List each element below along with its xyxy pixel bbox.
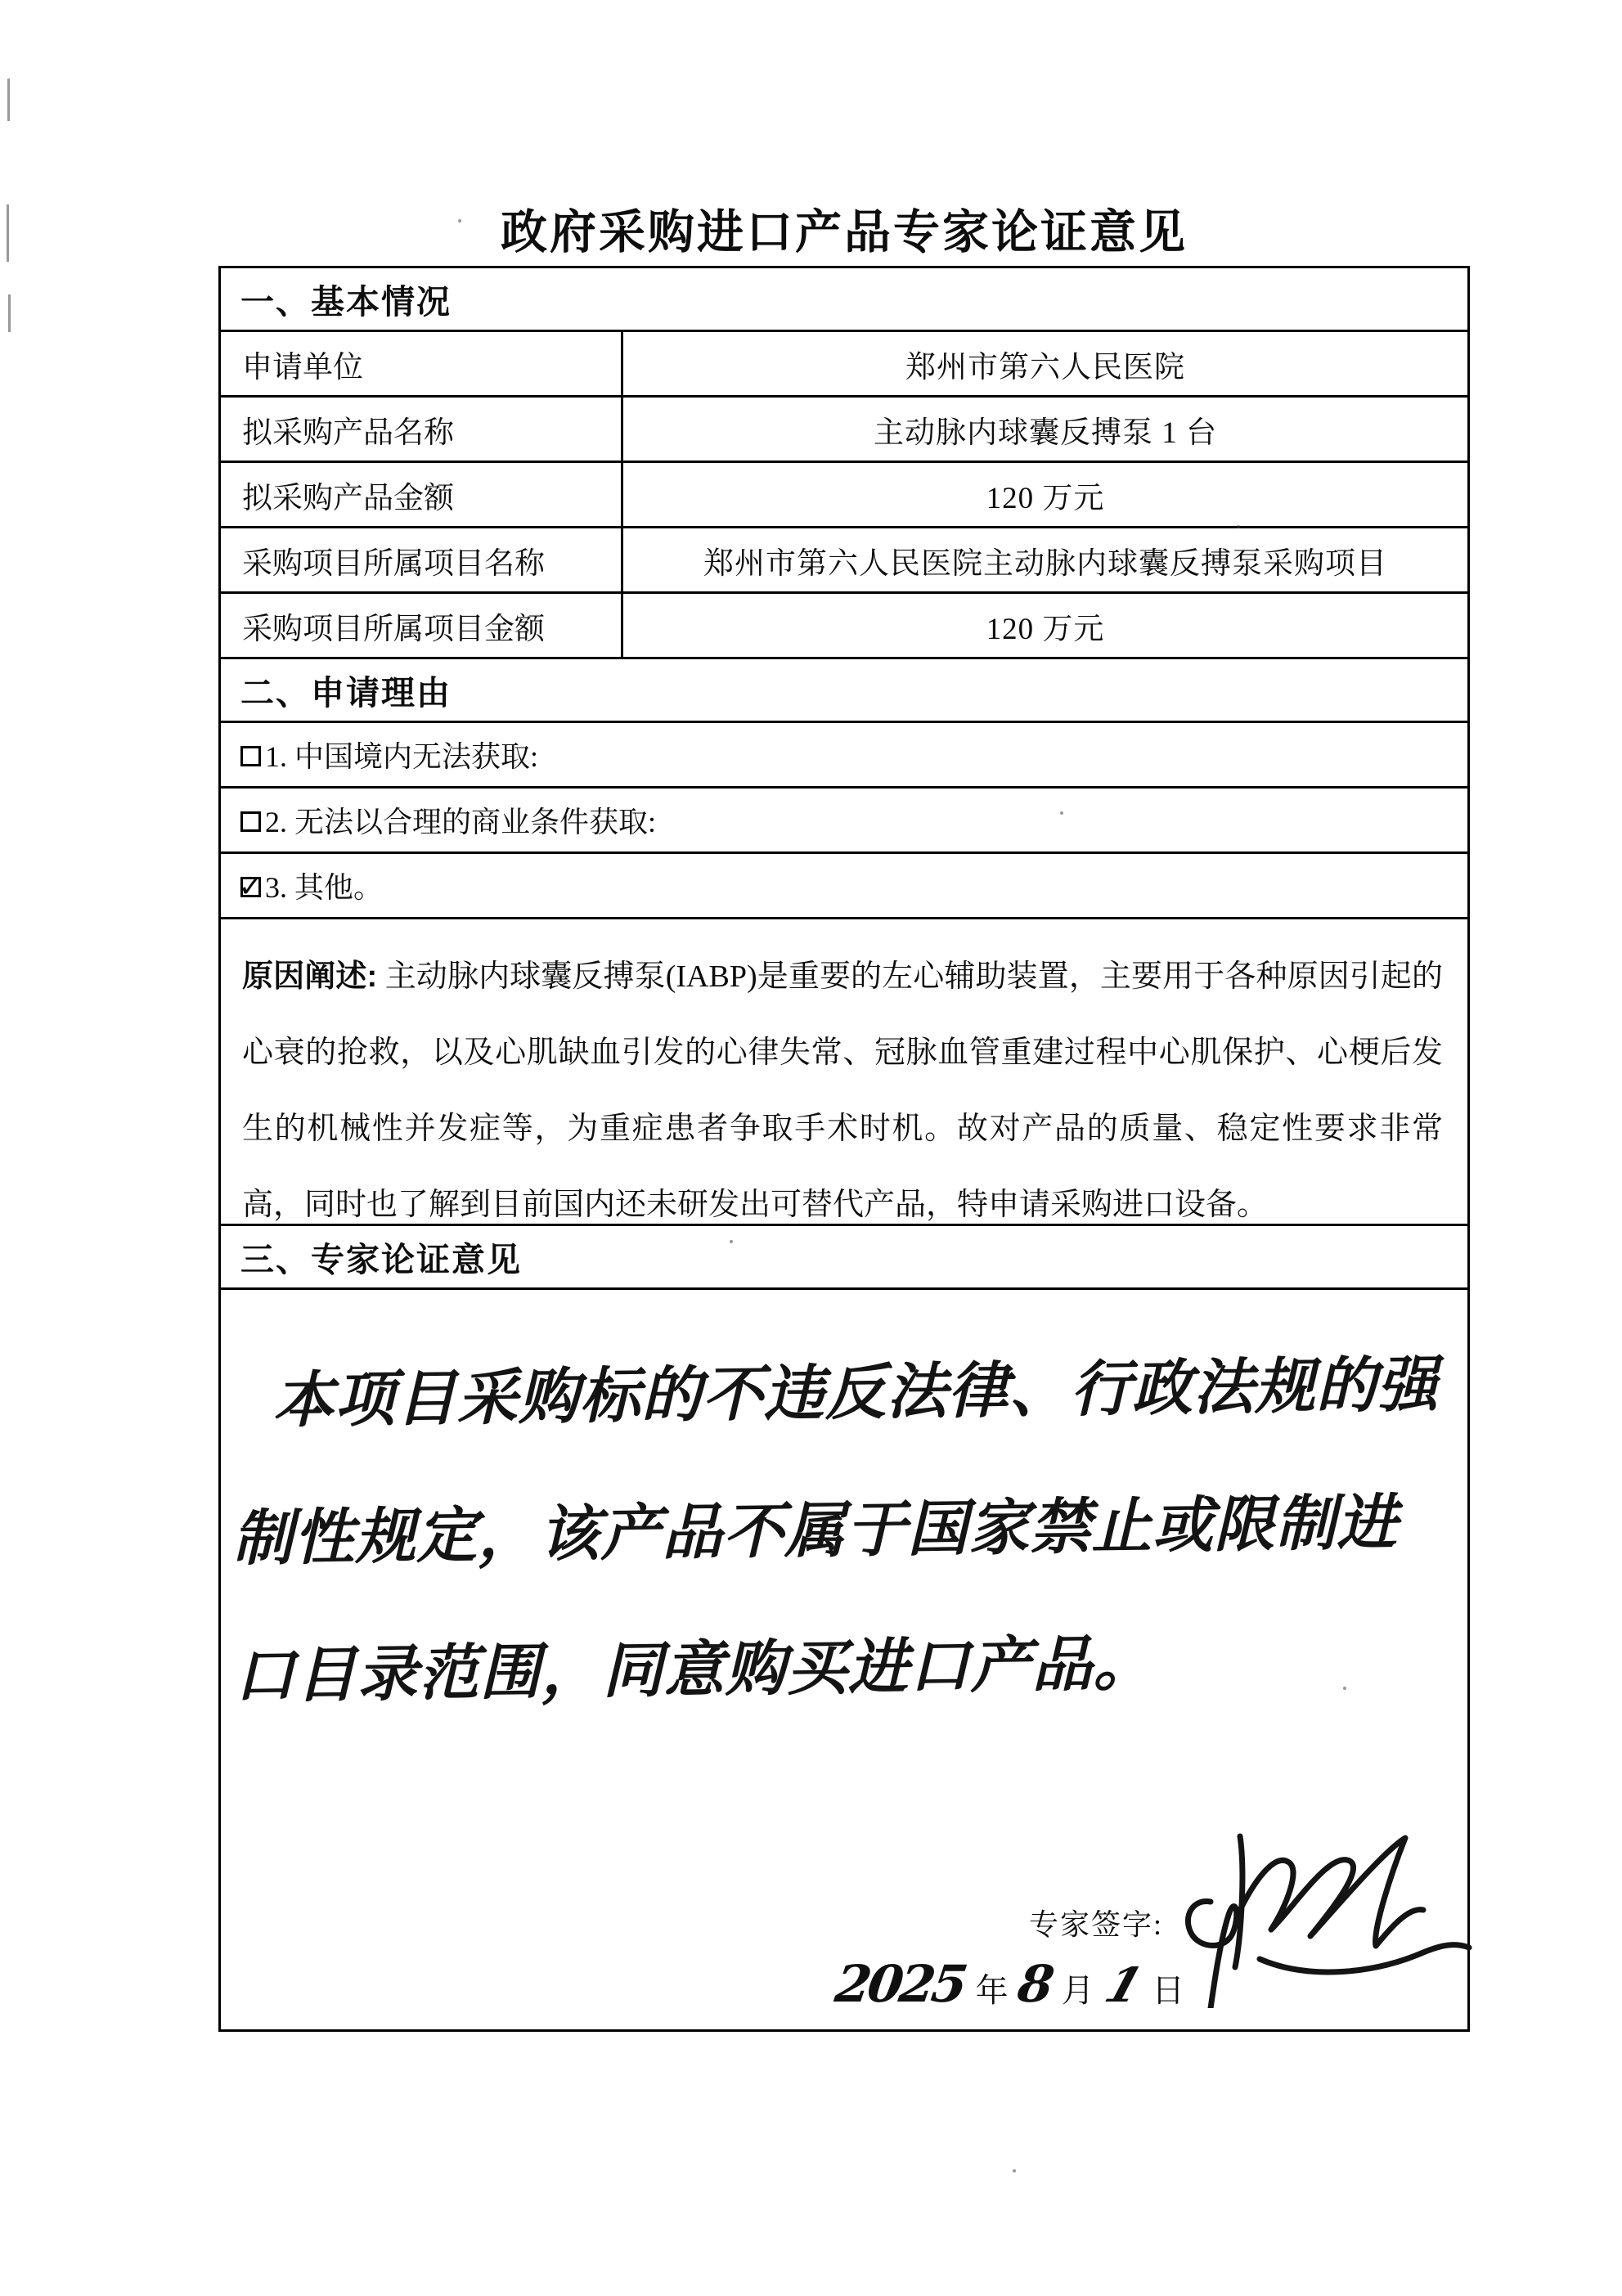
reason-statement-cell: 原因阐述: 主动脉内球囊反搏泵(IABP)是重要的左心辅助装置，主要用于各种原因… (221, 919, 1467, 1226)
reason-statement-label: 原因阐述: (242, 959, 377, 994)
reason-option-1-label: 1. 中国境内无法获取: (265, 734, 538, 775)
project-name-value: 郑州市第六人民医院主动脉内球囊反搏泵采购项目 (623, 528, 1467, 591)
expert-signature-image (1161, 1787, 1489, 2008)
section-expert-header-label: 三、专家论证意见 (240, 1233, 522, 1281)
reason-option-row-1: 1. 中国境内无法获取: (221, 723, 1467, 789)
scan-speck (1237, 525, 1240, 528)
table-row-project-name: 采购项目所属项目名称 郑州市第六人民医院主动脉内球囊反搏泵采购项目 (221, 528, 1467, 594)
scan-speck (458, 219, 461, 222)
date-month-label: 月 (1062, 1965, 1096, 2011)
project-amount-value: 120 万元 (623, 594, 1467, 657)
product-name-value: 主动脉内球囊反搏泵 1 台 (623, 398, 1467, 461)
applicant-label: 申请单位 (221, 332, 623, 395)
scan-speck (1013, 2169, 1016, 2172)
table-row-product-amount: 拟采购产品金额 120 万元 (221, 463, 1467, 528)
scan-edge-mark (7, 79, 10, 121)
reason-option-row-3: ✓ 3. 其他。 (221, 854, 1467, 919)
table-row-product-name: 拟采购产品名称 主动脉内球囊反搏泵 1 台 (221, 398, 1467, 463)
date-year-label: 年 (976, 1965, 1010, 2011)
reason-checkbox-2: ✓ (240, 877, 261, 897)
scan-speck (1343, 1687, 1346, 1690)
section-basic-header-label: 一、基本情况 (240, 275, 452, 323)
form-table: 一、基本情况 申请单位 郑州市第六人民医院 拟采购产品名称 主动脉内球囊反搏泵 … (218, 266, 1470, 2032)
applicant-value: 郑州市第六人民医院 (623, 332, 1467, 395)
table-row-project-amount: 采购项目所属项目金额 120 万元 (221, 594, 1467, 659)
table-row-applicant: 申请单位 郑州市第六人民医院 (221, 332, 1467, 398)
document-page: 政府采购进口产品专家论证意见 一、基本情况 申请单位 郑州市第六人民医院 拟采购… (0, 0, 1622, 2296)
project-amount-label: 采购项目所属项目金额 (221, 594, 623, 657)
project-name-label: 采购项目所属项目名称 (221, 528, 623, 591)
date-day-handwritten: 1 (1099, 1957, 1149, 2013)
expert-opinion-cell: 本项目采购标的不违反法律、行政法规的强制性规定，该产品不属于国家禁止或限制进口目… (221, 1290, 1467, 2029)
product-amount-label: 拟采购产品金额 (221, 463, 623, 526)
reason-statement-text: 主动脉内球囊反搏泵(IABP)是重要的左心辅助装置，主要用于各种原因引起的心衰的… (242, 959, 1443, 1222)
scan-speck (1060, 811, 1063, 815)
expert-signature-label: 专家签字: (1029, 1902, 1163, 1943)
section-reasons-header: 二、申请理由 (221, 659, 1467, 723)
reason-checkbox-0 (240, 746, 261, 766)
expert-opinion-handwritten-text: 本项目采购标的不违反法律、行政法规的强制性规定，该产品不属于国家禁止或限制进口目… (230, 1316, 1458, 1746)
date-line: 2025 年 8 月 1 日 (836, 1954, 1186, 2014)
page-title: 政府采购进口产品专家论证意见 (218, 195, 1470, 262)
date-month-handwritten: 8 (1013, 1954, 1057, 2014)
section-basic-header: 一、基本情况 (221, 268, 1467, 332)
date-year-handwritten: 2025 (832, 1954, 968, 2014)
reason-option-2-label: 2. 无法以合理的商业条件获取: (265, 799, 656, 841)
reason-option-3-label: 3. 其他。 (265, 865, 383, 906)
date-day-label: 日 (1152, 1965, 1186, 2011)
section-reasons-header-label: 二、申请理由 (240, 666, 452, 714)
scan-edge-mark (8, 294, 11, 332)
product-name-label: 拟采购产品名称 (221, 398, 623, 461)
reason-checkbox-1 (240, 811, 261, 832)
reason-option-row-2: 2. 无法以合理的商业条件获取: (221, 789, 1467, 854)
scan-edge-mark (7, 204, 9, 262)
scan-speck (730, 1240, 733, 1243)
product-amount-value: 120 万元 (623, 463, 1467, 526)
section-expert-header: 三、专家论证意见 (221, 1226, 1467, 1290)
